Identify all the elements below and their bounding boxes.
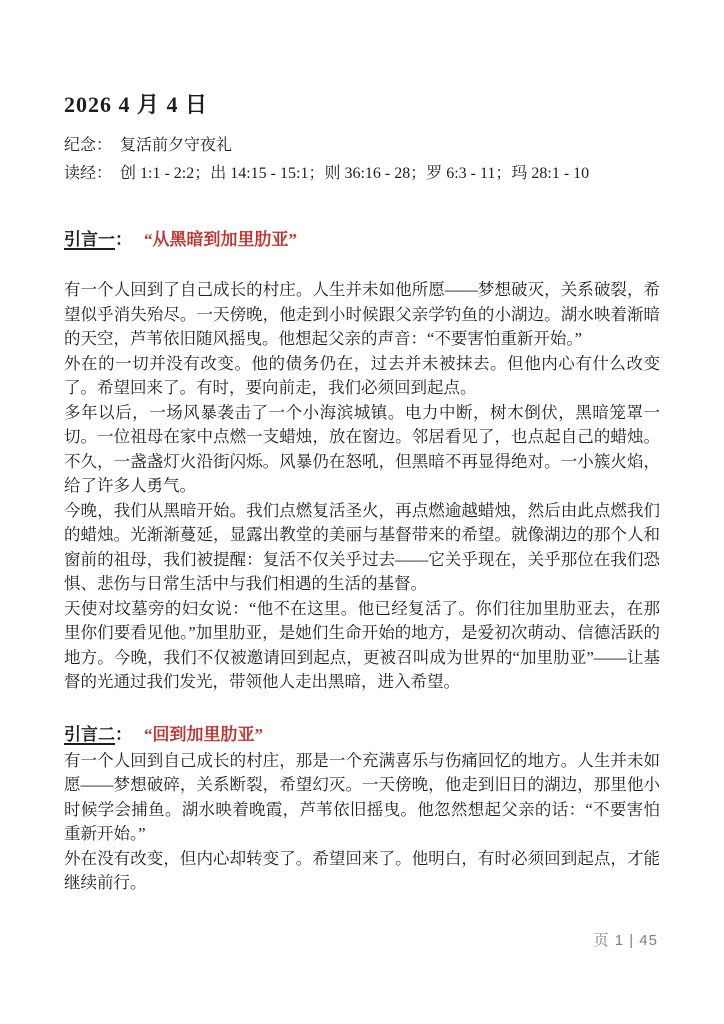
heading-label: 引言一 bbox=[64, 230, 115, 249]
page-title: 2026 4 月 4 日 bbox=[64, 88, 660, 119]
paragraph: 外在的一切并没有改变。他的债务仍在，过去并未被抹去。但他内心有什么改变了。希望回… bbox=[64, 352, 660, 401]
paragraph: 天使对坟墓旁的妇女说：“他不在这里。他已经复活了。你们往加里肋亚去，在那里你们要… bbox=[64, 597, 660, 695]
section-heading: 引言二：“回到加里肋亚” bbox=[64, 723, 660, 747]
paragraph: 外在没有改变，但内心却转变了。希望回来了。他明白，有时必须回到起点，才能继续前行… bbox=[64, 847, 660, 896]
section-body: 有一个人回到自己成长的村庄，那是一个充满喜乐与伤痛回忆的地方。人生并未如愿——梦… bbox=[64, 749, 660, 896]
section-introduction-1: 引言一：“从黑暗到加里肋亚” 有一个人回到了自己成长的村庄。人生并未如他所愿——… bbox=[64, 228, 660, 695]
meta-label: 读经： bbox=[64, 165, 112, 182]
paragraph: 今晚，我们从黑暗开始。我们点燃复活圣火，再点燃逾越蜡烛，然后由此点燃我们的蜡烛。… bbox=[64, 499, 660, 597]
section-introduction-2: 引言二：“回到加里肋亚” 有一个人回到自己成长的村庄，那是一个充满喜乐与伤痛回忆… bbox=[64, 723, 660, 896]
meta-line-readings: 读经：创 1:1 - 2:2；出 14:15 - 15:1；则 36:16 - … bbox=[64, 160, 660, 188]
page-number: 页 1 | 45 bbox=[594, 929, 658, 950]
section-body: 有一个人回到了自己成长的村庄。人生并未如他所愿——梦想破灭，关系破裂，希望似乎消… bbox=[64, 278, 660, 695]
heading-quote-red: “回到加里肋亚” bbox=[144, 725, 263, 744]
heading-colon: ： bbox=[115, 230, 132, 249]
heading-quote-red: “从黑暗到加里肋亚” bbox=[144, 230, 297, 249]
heading-colon: ： bbox=[115, 725, 132, 744]
section-heading: 引言一：“从黑暗到加里肋亚” bbox=[64, 228, 660, 252]
page-content: 2026 4 月 4 日 纪念：复活前夕守夜礼 读经：创 1:1 - 2:2；出… bbox=[0, 0, 724, 896]
meta-line-commemoration: 纪念：复活前夕守夜礼 bbox=[64, 132, 660, 160]
paragraph: 有一个人回到了自己成长的村庄。人生并未如他所愿——梦想破灭，关系破裂，希望似乎消… bbox=[64, 278, 660, 352]
paragraph: 多年以后，一场风暴袭击了一个小海滨城镇。电力中断，树木倒伏，黑暗笼罩一切。一位祖… bbox=[64, 401, 660, 499]
meta-value: 复活前夕守夜礼 bbox=[120, 137, 232, 154]
meta-value: 创 1:1 - 2:2；出 14:15 - 15:1；则 36:16 - 28；… bbox=[120, 165, 589, 182]
paragraph: 有一个人回到自己成长的村庄，那是一个充满喜乐与伤痛回忆的地方。人生并未如愿——梦… bbox=[64, 749, 660, 847]
document-page: 2026 4 月 4 日 纪念：复活前夕守夜礼 读经：创 1:1 - 2:2；出… bbox=[0, 0, 724, 1024]
heading-label: 引言二 bbox=[64, 725, 115, 744]
meta-label: 纪念： bbox=[64, 137, 112, 154]
